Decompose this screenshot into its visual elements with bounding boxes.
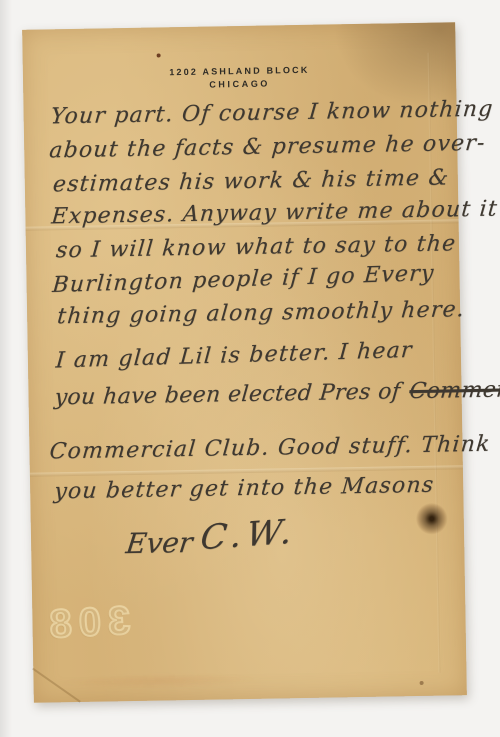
ink-blot-stain — [414, 502, 449, 535]
handwriting-line: you better get into the Masons — [53, 475, 435, 504]
embossed-stamp: 308 — [41, 599, 131, 649]
handwriting-line: I am glad Lil is better. I hear — [55, 340, 414, 373]
scan-background: 1202 ASHLAND BLOCK CHICAGO Your part. Of… — [0, 0, 500, 737]
letterhead: 1202 ASHLAND BLOCK CHICAGO — [23, 62, 456, 93]
handwriting-line: estimates his work & his time & — [52, 167, 450, 196]
handwriting-text: you have been elected Pres of — [54, 379, 402, 410]
handwriting-line: Your part. Of course I know nothing — [50, 99, 495, 129]
handwriting-line: so I will know what to say to the — [55, 233, 457, 262]
handwriting-line: about the facts & presume he over- — [48, 133, 486, 163]
signature-initials: C.W. — [199, 515, 299, 556]
paper-speck — [420, 681, 424, 685]
handwriting-line: Burlington people if I go Every — [52, 263, 436, 297]
faint-smudge — [61, 672, 256, 690]
scan-edge-shadow — [0, 0, 12, 737]
handwriting-line: thing going along smoothly here. — [56, 299, 466, 328]
strikethrough-word: Commerce — [408, 377, 500, 404]
signature-closing: Ever — [124, 529, 194, 558]
ink-dot — [157, 53, 161, 57]
handwriting-line: Commercial Club. Good stuff. Think — [49, 434, 492, 464]
letter-paper: 1202 ASHLAND BLOCK CHICAGO Your part. Of… — [22, 22, 467, 702]
